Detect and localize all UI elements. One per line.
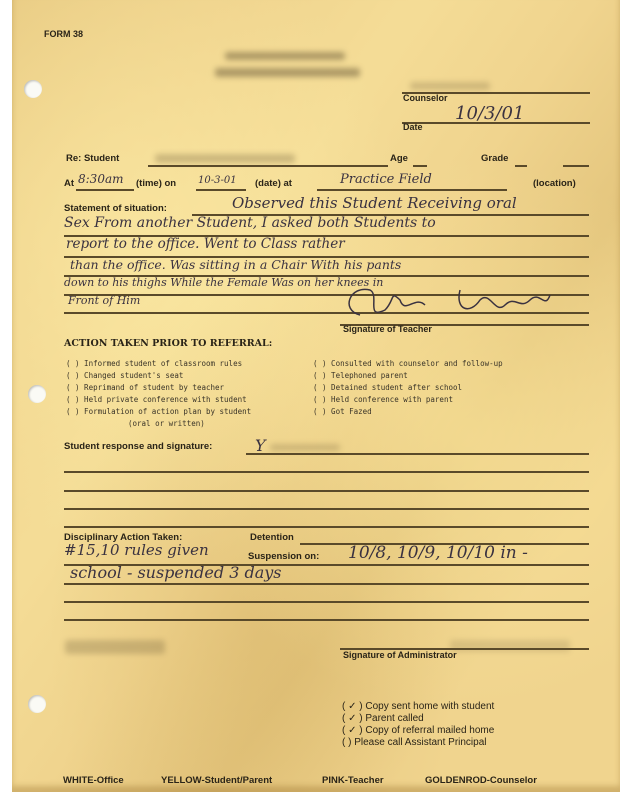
disciplinary-rule-2 — [64, 583, 589, 585]
grade-label: Grade — [481, 153, 508, 164]
date-line — [402, 122, 590, 124]
action-got-fazed[interactable]: ( ) Got Fazed — [313, 407, 372, 416]
footer-copy-yellow: YELLOW-Student/Parent — [161, 775, 272, 786]
check-copy-sent-home[interactable]: ( ✓ ) Copy sent home with student — [342, 701, 494, 712]
location-value[interactable]: Practice Field — [340, 172, 432, 187]
form-number: FORM 38 — [44, 29, 83, 39]
action-consulted-counselor[interactable]: ( ) Consulted with counselor and follow-… — [313, 359, 503, 368]
statement-line-2[interactable]: Sex From another Student, I asked both S… — [64, 215, 436, 231]
response-rule-4 — [64, 508, 589, 510]
check-parent-called[interactable]: ( ✓ ) Parent called — [342, 713, 424, 724]
response-rule-2 — [64, 471, 589, 473]
punch-hole-top — [24, 80, 42, 98]
administrator-signature-label: Signature of Administrator — [343, 650, 457, 660]
statement-line-1[interactable]: Observed this Student Receiving oral — [232, 194, 517, 212]
action-detained[interactable]: ( ) Detained student after school — [313, 383, 462, 392]
redacted-student-name — [155, 154, 295, 163]
action-changed-seat[interactable]: ( ) Changed student's seat — [66, 371, 183, 380]
suspension-value[interactable]: 10/8, 10/9, 10/10 in - — [348, 543, 528, 563]
action-reprimand[interactable]: ( ) Reprimand of student by teacher — [66, 383, 224, 392]
check-copy-mailed[interactable]: ( ✓ ) Copy of referral mailed home — [342, 725, 494, 736]
footer-copy-goldenrod: GOLDENROD-Counselor — [425, 775, 537, 786]
footer-copy-pink: PINK-Teacher — [322, 775, 384, 786]
counselor-label: Counselor — [403, 93, 448, 103]
action-plan-note: (oral or written) — [128, 419, 205, 428]
teacher-signature-label: Signature of Teacher — [343, 324, 432, 334]
action-private-conference[interactable]: ( ) Held private conference with student — [66, 395, 247, 404]
punch-hole-middle — [28, 385, 46, 403]
incident-date-value[interactable]: 10-3-01 — [198, 175, 237, 186]
redacted-administrator-signature — [450, 640, 570, 652]
student-response-field[interactable] — [246, 453, 589, 455]
time-line — [76, 189, 134, 191]
location-line — [317, 189, 507, 191]
statement-label: Statement of situation: — [64, 203, 167, 214]
detention-label: Detention — [250, 532, 294, 543]
redacted-administrator-name — [65, 640, 165, 654]
date-at-label: (date) at — [255, 178, 292, 189]
date-label: Date — [403, 122, 423, 132]
suspension-label: Suspension on: — [248, 551, 319, 562]
student-label: Re: Student — [66, 153, 119, 164]
redacted-title-line-1 — [225, 52, 345, 60]
grade-extra-line — [563, 165, 589, 167]
action-informed-rules[interactable]: ( ) Informed student of classroom rules — [66, 359, 242, 368]
age-label: Age — [390, 153, 408, 164]
header-date-value[interactable]: 10/3/01 — [455, 103, 524, 124]
footer-copy-white: WHITE-Office — [63, 775, 124, 786]
redacted-title-line-2 — [215, 68, 360, 77]
statement-line-3[interactable]: report to the office. Went to Class rath… — [66, 236, 345, 252]
action-parent-conference[interactable]: ( ) Held conference with parent — [313, 395, 453, 404]
age-field[interactable] — [413, 165, 427, 167]
disciplinary-rule-4 — [64, 619, 589, 621]
actions-heading: ACTION TAKEN PRIOR TO REFERRAL: — [64, 338, 272, 349]
grade-field[interactable] — [515, 165, 527, 167]
student-name-field[interactable] — [148, 165, 388, 167]
check-call-assistant-principal[interactable]: ( ) Please call Assistant Principal — [342, 737, 487, 748]
location-label: (location) — [533, 178, 576, 189]
action-telephoned-parent[interactable]: ( ) Telephoned parent — [313, 371, 408, 380]
action-plan[interactable]: ( ) Formulation of action plan by studen… — [66, 407, 251, 416]
redacted-student-signature — [270, 444, 340, 451]
statement-line-4[interactable]: than the office. Was sitting in a Chair … — [70, 257, 401, 272]
at-label: At — [64, 178, 74, 189]
redacted-counselor-name — [410, 82, 490, 90]
response-rule-3 — [64, 490, 589, 492]
student-response-label: Student response and signature: — [64, 441, 212, 452]
disciplinary-note[interactable]: #15,10 rules given — [64, 541, 209, 559]
time-value[interactable]: 8:30am — [78, 172, 123, 186]
teacher-signature-scribble — [330, 280, 560, 330]
suspension-line-2[interactable]: school - suspended 3 days — [70, 563, 282, 582]
incident-date-line — [196, 189, 246, 191]
disciplinary-rule-3 — [64, 601, 589, 603]
punch-hole-bottom — [28, 695, 46, 713]
response-rule-5 — [64, 526, 589, 528]
statement-line-6[interactable]: Front of Him — [68, 294, 140, 307]
time-label: (time) on — [136, 178, 176, 189]
